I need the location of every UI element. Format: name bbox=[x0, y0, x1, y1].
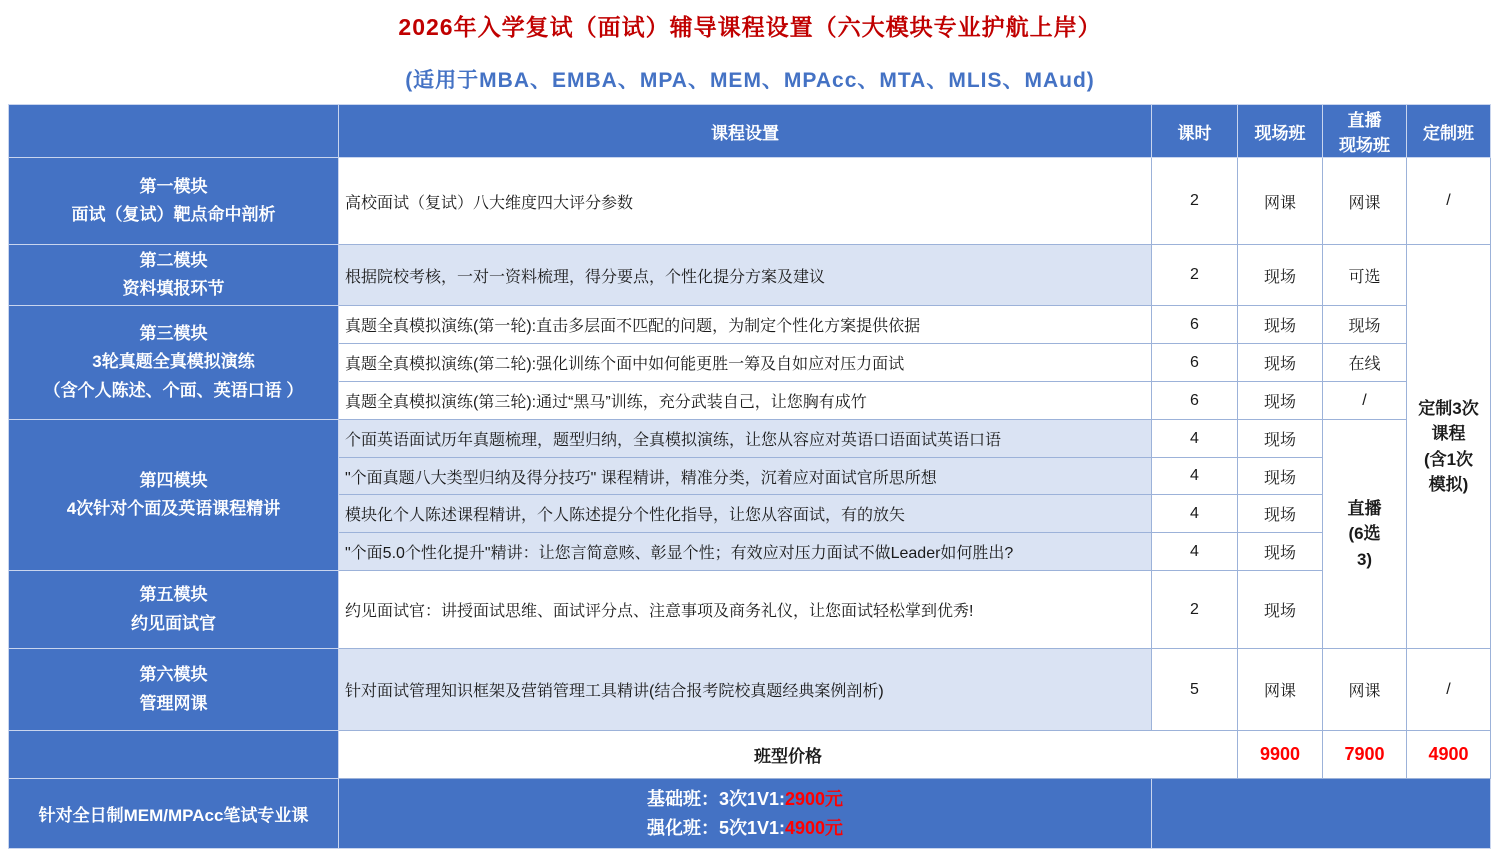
onsite-price: 9900 bbox=[1238, 731, 1323, 779]
price-row: 班型价格 9900 7900 4900 bbox=[9, 731, 1491, 779]
header-hours: 课时 bbox=[1152, 105, 1238, 158]
onsite-cell: 网课 bbox=[1238, 158, 1323, 245]
live-cell: 网课 bbox=[1323, 649, 1407, 731]
intensive-class-label: 强化班：5次1V1: bbox=[647, 818, 785, 838]
course-desc: 个面英语面试历年真题梳理，题型归纳，全真模拟演练，让您从容应对英语口语面试英语口… bbox=[339, 420, 1152, 458]
basic-class-price: 2900元 bbox=[785, 789, 843, 809]
onsite-cell: 现场 bbox=[1238, 533, 1323, 571]
footer-row: 针对全日制MEM/MPAcc笔试专业课 基础班：3次1V1:2900元 强化班：… bbox=[9, 779, 1491, 849]
footer-label: 针对全日制MEM/MPAcc笔试专业课 bbox=[9, 779, 339, 849]
module-1-label: 第一模块 面试（复试）靶点命中剖析 bbox=[9, 158, 339, 245]
live-cell: / bbox=[1323, 382, 1407, 420]
hours-cell: 4 bbox=[1152, 420, 1238, 458]
footer-pricing: 基础班：3次1V1:2900元 强化班：5次1V1:4900元 bbox=[339, 779, 1152, 849]
onsite-cell: 现场 bbox=[1238, 420, 1323, 458]
module-3-label: 第三模块 3轮真题全真模拟演练 （含个人陈述、个面、英语口语 ） bbox=[9, 306, 339, 420]
header-course-setup: 课程设置 bbox=[339, 105, 1152, 158]
table-row: 第三模块 3轮真题全真模拟演练 （含个人陈述、个面、英语口语 ） 真题全真模拟演… bbox=[9, 306, 1491, 344]
hours-cell: 5 bbox=[1152, 649, 1238, 731]
page-subtitle: (适用于MBA、EMBA、MPA、MEM、MPAcc、MTA、MLIS、MAud… bbox=[0, 64, 1500, 94]
course-desc: "个面真题八大类型归纳及得分技巧" 课程精讲，精准分类，沉着应对面试官所思所想 bbox=[339, 458, 1152, 495]
course-desc: 真题全真模拟演练(第二轮):强化训练个面中如何能更胜一筹及自如应对压力面试 bbox=[339, 344, 1152, 382]
live-cell: 现场 bbox=[1323, 306, 1407, 344]
onsite-cell: 现场 bbox=[1238, 344, 1323, 382]
course-desc: 约见面试官：讲授面试思维、面试评分点、注意事项及商务礼仪，让您面试轻松掌到优秀! bbox=[339, 571, 1152, 649]
header-module-blank bbox=[9, 105, 339, 158]
basic-class-label: 基础班：3次1V1: bbox=[647, 789, 785, 809]
custom-cell: / bbox=[1407, 158, 1491, 245]
course-desc: 针对面试管理知识框架及营销管理工具精讲(结合报考院校真题经典案例剖析) bbox=[339, 649, 1152, 731]
custom-price: 4900 bbox=[1407, 731, 1491, 779]
live-price: 7900 bbox=[1323, 731, 1407, 779]
onsite-cell: 现场 bbox=[1238, 458, 1323, 495]
footer-basic-line: 基础班：3次1V1:2900元 bbox=[340, 785, 1150, 814]
course-desc: 根据院校考核，一对一资料梳理，得分要点，个性化提分方案及建议 bbox=[339, 245, 1152, 306]
course-desc: 高校面试（复试）八大维度四大评分参数 bbox=[339, 158, 1152, 245]
table-row: 第五模块 约见面试官 约见面试官：讲授面试思维、面试评分点、注意事项及商务礼仪，… bbox=[9, 571, 1491, 649]
onsite-cell: 现场 bbox=[1238, 571, 1323, 649]
price-row-label: 班型价格 bbox=[339, 731, 1238, 779]
course-desc: 真题全真模拟演练(第三轮):通过“黑马”训练，充分武装自己，让您胸有成竹 bbox=[339, 382, 1152, 420]
module-6-label: 第六模块 管理网课 bbox=[9, 649, 339, 731]
hours-cell: 2 bbox=[1152, 245, 1238, 306]
header-row: 课程设置 课时 现场班 直播 现场班 定制班 bbox=[9, 105, 1491, 158]
live-cell: 在线 bbox=[1323, 344, 1407, 382]
onsite-cell: 现场 bbox=[1238, 382, 1323, 420]
module-2-label: 第二模块 资料填报环节 bbox=[9, 245, 339, 306]
custom-cell: / bbox=[1407, 649, 1491, 731]
module-4-label: 第四模块 4次针对个面及英语课程精讲 bbox=[9, 420, 339, 571]
custom-merged-cell: 定制3次 课程 (含1次 模拟) bbox=[1407, 245, 1491, 649]
live-cell: 网课 bbox=[1323, 158, 1407, 245]
footer-intensive-line: 强化班：5次1V1:4900元 bbox=[340, 814, 1150, 843]
page-title: 2026年入学复试（面试）辅导课程设置（六大模块专业护航上岸） bbox=[0, 9, 1500, 42]
onsite-cell: 现场 bbox=[1238, 495, 1323, 533]
hours-cell: 4 bbox=[1152, 495, 1238, 533]
table-row: 第二模块 资料填报环节 根据院校考核，一对一资料梳理，得分要点，个性化提分方案及… bbox=[9, 245, 1491, 306]
live-cell: 可选 bbox=[1323, 245, 1407, 306]
price-row-blank bbox=[9, 731, 339, 779]
live-merged-cell: 直播 (6选 3) bbox=[1323, 420, 1407, 649]
table-row: 第四模块 4次针对个面及英语课程精讲 个面英语面试历年真题梳理，题型归纳，全真模… bbox=[9, 420, 1491, 458]
hours-cell: 6 bbox=[1152, 382, 1238, 420]
header-custom-class: 定制班 bbox=[1407, 105, 1491, 158]
hours-cell: 6 bbox=[1152, 344, 1238, 382]
course-desc: 模块化个人陈述课程精讲，个人陈述提分个性化指导，让您从容面试，有的放矢 bbox=[339, 495, 1152, 533]
onsite-cell: 现场 bbox=[1238, 306, 1323, 344]
hours-cell: 2 bbox=[1152, 571, 1238, 649]
hours-cell: 2 bbox=[1152, 158, 1238, 245]
hours-cell: 4 bbox=[1152, 458, 1238, 495]
onsite-cell: 现场 bbox=[1238, 245, 1323, 306]
table-row: 第一模块 面试（复试）靶点命中剖析 高校面试（复试）八大维度四大评分参数 2 网… bbox=[9, 158, 1491, 245]
course-desc: "个面5.0个性化提升"精讲：让您言简意赅、彰显个性；有效应对压力面试不做Lea… bbox=[339, 533, 1152, 571]
course-table: 课程设置 课时 现场班 直播 现场班 定制班 第一模块 面试（复试）靶点命中剖析… bbox=[8, 104, 1491, 849]
hours-cell: 6 bbox=[1152, 306, 1238, 344]
header-live-onsite-class: 直播 现场班 bbox=[1323, 105, 1407, 158]
hours-cell: 4 bbox=[1152, 533, 1238, 571]
header-onsite-class: 现场班 bbox=[1238, 105, 1323, 158]
module-5-label: 第五模块 约见面试官 bbox=[9, 571, 339, 649]
course-desc: 真题全真模拟演练(第一轮):直击多层面不匹配的问题，为制定个性化方案提供依据 bbox=[339, 306, 1152, 344]
table-row: 第六模块 管理网课 针对面试管理知识框架及营销管理工具精讲(结合报考院校真题经典… bbox=[9, 649, 1491, 731]
footer-blank bbox=[1152, 779, 1491, 849]
intensive-class-price: 4900元 bbox=[785, 818, 843, 838]
onsite-cell: 网课 bbox=[1238, 649, 1323, 731]
